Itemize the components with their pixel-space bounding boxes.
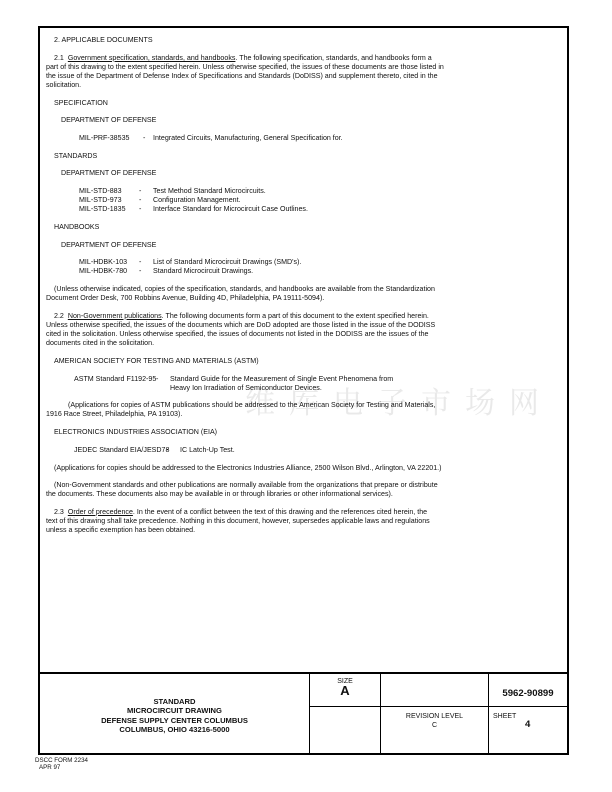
doc-desc: Standard Guide for the Measurement of Si… bbox=[170, 375, 393, 393]
doc-code: MIL-STD-1835 bbox=[79, 205, 139, 214]
paragraph-line: unless a specific exemption has been obt… bbox=[46, 526, 561, 535]
paragraph-title: Non-Government publications bbox=[68, 312, 162, 320]
note-line: the documents. These documents also may … bbox=[46, 490, 561, 499]
drawing-number: 5962-90899 bbox=[489, 674, 567, 707]
availability-note: (Unless otherwise indicated, copies of t… bbox=[46, 285, 561, 303]
note-line: (Non-Government standards and other publ… bbox=[46, 481, 561, 490]
document-ref: MIL-STD-973 - Configuration Management. bbox=[46, 196, 561, 205]
title-line: MICROCIRCUIT DRAWING bbox=[127, 706, 222, 716]
doc-code: MIL-STD-883 bbox=[79, 187, 139, 196]
paragraph-2-1: 2.1 Government specification, standards,… bbox=[46, 54, 561, 90]
astm-org: AMERICAN SOCIETY FOR TESTING AND MATERIA… bbox=[46, 357, 561, 366]
doc-desc: Integrated Circuits, Manufacturing, Gene… bbox=[153, 134, 343, 143]
paragraph-title: Order of precedence bbox=[68, 508, 133, 516]
paragraph-title: Government specification, standards, and… bbox=[68, 54, 236, 62]
revision-label: REVISION LEVEL bbox=[381, 713, 488, 722]
note-line: (Applications for copies of ASTM publica… bbox=[46, 401, 561, 410]
specification-dept: DEPARTMENT OF DEFENSE bbox=[46, 116, 561, 125]
paragraph-line: Unless otherwise specified, the issues o… bbox=[46, 321, 561, 330]
note-line: Document Order Desk, 700 Robbins Avenue,… bbox=[46, 294, 561, 303]
document-ref: ASTM Standard F1192-95 - Standard Guide … bbox=[46, 375, 561, 393]
paragraph-line: the issue of the Department of Defense I… bbox=[46, 72, 561, 81]
size-value: A bbox=[310, 685, 380, 697]
form-identifier: DSCC FORM 2234 APR 97 bbox=[35, 757, 88, 772]
document-body: 2. APPLICABLE DOCUMENTS 2.1 Government s… bbox=[40, 28, 567, 672]
doc-dash: - bbox=[139, 267, 153, 276]
paragraph-text: . The following specification, standards… bbox=[235, 54, 431, 62]
paragraph-number: 2.3 bbox=[54, 508, 64, 516]
doc-desc: List of Standard Microcircuit Drawings (… bbox=[153, 258, 301, 267]
astm-note: (Applications for copies of ASTM publica… bbox=[46, 401, 561, 419]
blank-cell bbox=[381, 674, 489, 707]
doc-desc-line: Heavy Ion Irradiation of Semiconductor D… bbox=[170, 384, 393, 393]
doc-code: MIL-HDBK-103 bbox=[79, 258, 139, 267]
doc-code: MIL-HDBK-780 bbox=[79, 267, 139, 276]
nongov-note: (Non-Government standards and other publ… bbox=[46, 481, 561, 499]
doc-desc: Standard Microcircuit Drawings. bbox=[153, 267, 253, 276]
sheet-label: SHEET bbox=[493, 713, 567, 720]
handbooks-label: HANDBOOKS bbox=[46, 223, 561, 232]
doc-desc: IC Latch-Up Test. bbox=[180, 446, 235, 455]
handbooks-dept: DEPARTMENT OF DEFENSE bbox=[46, 241, 561, 250]
drawing-frame: 维库电子市场网 2. APPLICABLE DOCUMENTS 2.1 Gove… bbox=[38, 26, 569, 755]
paragraph-2-2: 2.2 Non-Government publications. The fol… bbox=[46, 312, 561, 348]
doc-dash: - bbox=[156, 375, 170, 393]
document-ref: MIL-HDBK-780 - Standard Microcircuit Dra… bbox=[46, 267, 561, 276]
doc-desc-line: Standard Guide for the Measurement of Si… bbox=[170, 375, 393, 384]
note-line: (Unless otherwise indicated, copies of t… bbox=[46, 285, 561, 294]
sheet-cell: SHEET 4 bbox=[489, 707, 567, 753]
doc-code: MIL-PRF-38535 bbox=[79, 134, 143, 143]
paragraph-2-3: 2.3 Order of precedence. In the event of… bbox=[46, 508, 561, 535]
doc-code: ASTM Standard F1192-95 bbox=[74, 375, 156, 393]
doc-dash: - bbox=[139, 187, 153, 196]
document-ref: MIL-HDBK-103 - List of Standard Microcir… bbox=[46, 258, 561, 267]
eia-org: ELECTRONICS INDUSTRIES ASSOCIATION (EIA) bbox=[46, 428, 561, 437]
size-cell: SIZE A bbox=[310, 674, 381, 707]
title-block-title: STANDARD MICROCIRCUIT DRAWING DEFENSE SU… bbox=[40, 674, 310, 753]
document-ref: MIL-STD-1835 - Interface Standard for Mi… bbox=[46, 205, 561, 214]
doc-desc: Interface Standard for Microcircuit Case… bbox=[153, 205, 308, 214]
paragraph-number: 2.2 bbox=[54, 312, 64, 320]
paragraph-line: cited in the solicitation. Unless otherw… bbox=[46, 330, 561, 339]
doc-code: JEDEC Standard EIA/JESD78 bbox=[74, 446, 166, 455]
paragraph-line: documents cited in the solicitation. bbox=[46, 339, 561, 348]
paragraph-number: 2.1 bbox=[54, 54, 64, 62]
note-line: 1916 Race Street, Philadelphia, PA 19103… bbox=[46, 410, 561, 419]
form-date: APR 97 bbox=[35, 764, 88, 771]
title-line: DEFENSE SUPPLY CENTER COLUMBUS bbox=[101, 716, 248, 726]
paragraph-text: . The following documents form a part of… bbox=[162, 312, 429, 320]
doc-dash: - bbox=[139, 196, 153, 205]
document-ref: JEDEC Standard EIA/JESD78 - IC Latch-Up … bbox=[46, 446, 561, 455]
doc-desc: Configuration Management. bbox=[153, 196, 241, 205]
revision-cell: REVISION LEVEL C bbox=[381, 707, 489, 753]
sheet-value: 4 bbox=[525, 720, 567, 730]
title-block: STANDARD MICROCIRCUIT DRAWING DEFENSE SU… bbox=[40, 672, 567, 753]
doc-dash: - bbox=[166, 446, 180, 455]
title-line: STANDARD bbox=[153, 697, 195, 707]
paragraph-line: solicitation. bbox=[46, 81, 561, 90]
section-heading: 2. APPLICABLE DOCUMENTS bbox=[46, 36, 561, 45]
doc-code: MIL-STD-973 bbox=[79, 196, 139, 205]
standards-label: STANDARDS bbox=[46, 152, 561, 161]
document-ref: MIL-PRF-38535 - Integrated Circuits, Man… bbox=[46, 134, 561, 143]
paragraph-line: text of this drawing shall take preceden… bbox=[46, 517, 561, 526]
blank-cell bbox=[310, 707, 381, 753]
document-ref: MIL-STD-883 - Test Method Standard Micro… bbox=[46, 187, 561, 196]
standards-dept: DEPARTMENT OF DEFENSE bbox=[46, 169, 561, 178]
doc-dash: - bbox=[143, 134, 153, 143]
doc-desc: Test Method Standard Microcircuits. bbox=[153, 187, 266, 196]
specification-label: SPECIFICATION bbox=[46, 99, 561, 108]
paragraph-line: part of this drawing to the extent speci… bbox=[46, 63, 561, 72]
form-number: DSCC FORM 2234 bbox=[35, 757, 88, 764]
doc-dash: - bbox=[139, 205, 153, 214]
paragraph-text: . In the event of a conflict between the… bbox=[133, 508, 427, 516]
title-line: COLUMBUS, OHIO 43216-5000 bbox=[119, 725, 229, 735]
revision-value: C bbox=[381, 722, 488, 731]
eia-note: (Applications for copies should be addre… bbox=[46, 464, 561, 473]
doc-dash: - bbox=[139, 258, 153, 267]
